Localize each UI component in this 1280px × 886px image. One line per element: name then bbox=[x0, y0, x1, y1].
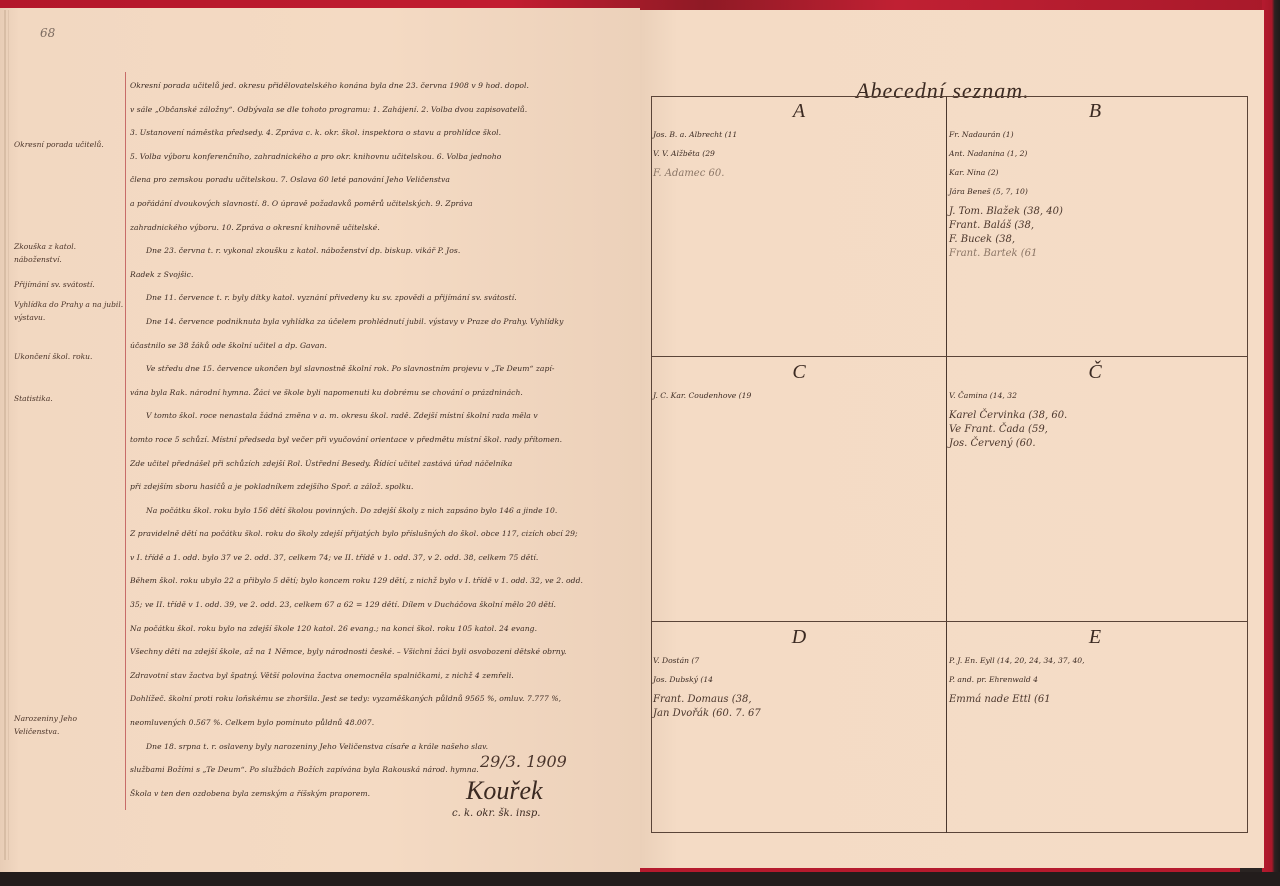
index-entry: V. Dostán (7 bbox=[653, 656, 699, 665]
index-letter: D bbox=[769, 626, 829, 649]
index-entry: V. Čamina (14, 32 bbox=[949, 391, 1017, 400]
text-line: 35; ve II. třídě v 1. odd. 39, ve 2. odd… bbox=[130, 593, 610, 617]
signature-name: Kouřek bbox=[466, 776, 543, 806]
margin-note: Zkouška z katol. náboženství. bbox=[14, 240, 124, 266]
text-line: Během škol. roku ubylo 22 a přibylo 5 dě… bbox=[130, 569, 610, 593]
index-cell-e: EP. J. En. Eyll (14, 20, 24, 34, 37, 40,… bbox=[947, 622, 1243, 886]
index-entry: P. J. En. Eyll (14, 20, 24, 34, 37, 40, bbox=[949, 656, 1085, 665]
margin-note: Statistika. bbox=[14, 392, 124, 405]
index-cell-c: CJ. C. Kar. Coudenhove (19 bbox=[651, 357, 947, 621]
index-letter: C bbox=[769, 361, 829, 384]
text-line: Dohlížeč. školní proti roku loňskému se … bbox=[130, 687, 610, 711]
text-line: 3. Ustanovení náměstka předsedy. 4. Zprá… bbox=[130, 121, 610, 145]
text-line: v I. třídě a 1. odd. bylo 37 ve 2. odd. … bbox=[130, 546, 610, 570]
index-letter: B bbox=[1065, 100, 1125, 123]
text-line: tomto roce 5 schůzí. Místní předseda byl… bbox=[130, 428, 610, 452]
text-line: Ve středu dne 15. července ukončen byl s… bbox=[130, 357, 610, 381]
text-line: člena pro zemskou poradu učitelskou. 7. … bbox=[130, 168, 610, 192]
margin-note: Ukončení škol. roku. bbox=[14, 350, 124, 363]
margin-note: Vyhlídka do Prahy a na jubil. výstavu. bbox=[14, 298, 124, 324]
book-cover-right bbox=[1262, 0, 1280, 886]
index-entry: Jos. B. a. Albrecht (11 bbox=[653, 130, 737, 139]
index-entry: P. and. pr. Ehrenwald 4 bbox=[949, 675, 1038, 684]
signature-date: 29/3. 1909 bbox=[480, 752, 567, 771]
text-line: a pořádání dvoukových slavností. 8. O úp… bbox=[130, 192, 610, 216]
text-line: v sále „Občanské záložny“. Odbývala se d… bbox=[130, 98, 610, 122]
index-cell-a: AJos. B. a. Albrecht (11V. V. Alžběta (2… bbox=[651, 96, 947, 360]
index-entry: Jára Beneš (5, 7, 10) bbox=[949, 187, 1028, 196]
text-line: Z pravidelně dětí na počátku škol. roku … bbox=[130, 522, 610, 546]
text-line: V tomto škol. roce nenastala žádná změna… bbox=[130, 404, 610, 428]
text-line: Zde učitel přednášel při schůzích zdejší… bbox=[130, 452, 610, 476]
index-entry: V. V. Alžběta (29 bbox=[653, 149, 715, 158]
index-letter: Č bbox=[1065, 361, 1125, 384]
index-entry: Jan Dvořák (60. 7. 67 bbox=[653, 708, 761, 719]
index-cell-b: BFr. Nadaurán (1)Ant. Nadanina (1, 2)Kar… bbox=[947, 96, 1243, 360]
index-entry: Jos. Dubský (14 bbox=[653, 675, 713, 684]
page-number: 68 bbox=[40, 26, 55, 40]
text-line: Dne 23. června t. r. vykonal zkoušku z k… bbox=[130, 239, 610, 263]
index-entry: F. Adamec 60. bbox=[653, 168, 724, 179]
index-entry: J. C. Kar. Coudenhove (19 bbox=[653, 391, 751, 400]
index-entry: Frant. Domaus (38, bbox=[653, 694, 752, 705]
index-entry: J. Tom. Blažek (38, 40) bbox=[949, 206, 1063, 217]
index-letter: A bbox=[769, 100, 829, 123]
text-line: Okresní porada učitelů jed. okresu přidě… bbox=[130, 74, 610, 98]
text-line: 5. Volba výboru konferenčního, zahradnic… bbox=[130, 145, 610, 169]
text-line: Všechny děti na zdejší škole, až na 1 Ně… bbox=[130, 640, 610, 664]
index-entry: Ve Frant. Čada (59, bbox=[949, 424, 1048, 435]
index-entry: Karel Červinka (38, 60. bbox=[949, 410, 1067, 421]
index-entry: Emmá nade Ettl (61 bbox=[949, 694, 1051, 705]
index-entry: Ant. Nadanina (1, 2) bbox=[949, 149, 1027, 158]
margin-note: Okresní porada učitelů. bbox=[14, 138, 124, 151]
text-line: zahradnického výboru. 10. Zpráva o okres… bbox=[130, 216, 610, 240]
margin-note: Narozeniny Jeho Veličenstva. bbox=[14, 712, 124, 738]
margin-rule bbox=[125, 72, 126, 810]
text-line: Dne 11. července t. r. byly dítky katol.… bbox=[130, 286, 610, 310]
page-stack-edge bbox=[4, 10, 6, 860]
page-stack-edge bbox=[8, 10, 9, 860]
index-letter: E bbox=[1065, 626, 1125, 649]
index-entry: Frant. Baláš (38, bbox=[949, 220, 1034, 231]
index-cell-č: ČV. Čamina (14, 32Karel Červinka (38, 60… bbox=[947, 357, 1243, 621]
index-entry: Frant. Bartek (61 bbox=[949, 248, 1037, 259]
signature-title: c. k. okr. šk. insp. bbox=[452, 808, 540, 819]
chronicle-text: Okresní porada učitelů jed. okresu přidě… bbox=[130, 74, 610, 805]
text-line: Radek z Svojšic. bbox=[130, 263, 610, 287]
text-line: Na počátku škol. roku bylo na zdejší ško… bbox=[130, 617, 610, 641]
text-line: účastnilo se 38 žáků ode školní učitel a… bbox=[130, 334, 610, 358]
text-line: Dne 14. července podniknuta byla vyhlídk… bbox=[130, 310, 610, 334]
text-line: vána byla Rak. národní hymna. Žáci ve šk… bbox=[130, 381, 610, 405]
text-line: při zdejším sboru hasičů a je pokladníke… bbox=[130, 475, 610, 499]
index-entry: Kar. Nina (2) bbox=[949, 168, 999, 177]
margin-note: Přijímání sv. svátostí. bbox=[14, 278, 124, 291]
text-line: Na počátku škol. roku bylo 156 dětí škol… bbox=[130, 499, 610, 523]
index-entry: F. Bucek (38, bbox=[949, 234, 1015, 245]
index-entry: Fr. Nadaurán (1) bbox=[949, 130, 1014, 139]
index-entry: Jos. Červený (60. bbox=[949, 438, 1036, 449]
index-cell-d: DV. Dostán (7Jos. Dubský (14Frant. Domau… bbox=[651, 622, 947, 886]
text-line: neomluvených 0.567 %. Celkem bylo pominu… bbox=[130, 711, 610, 735]
text-line: Zdravotní stav žactva byl špatný. Větší … bbox=[130, 664, 610, 688]
